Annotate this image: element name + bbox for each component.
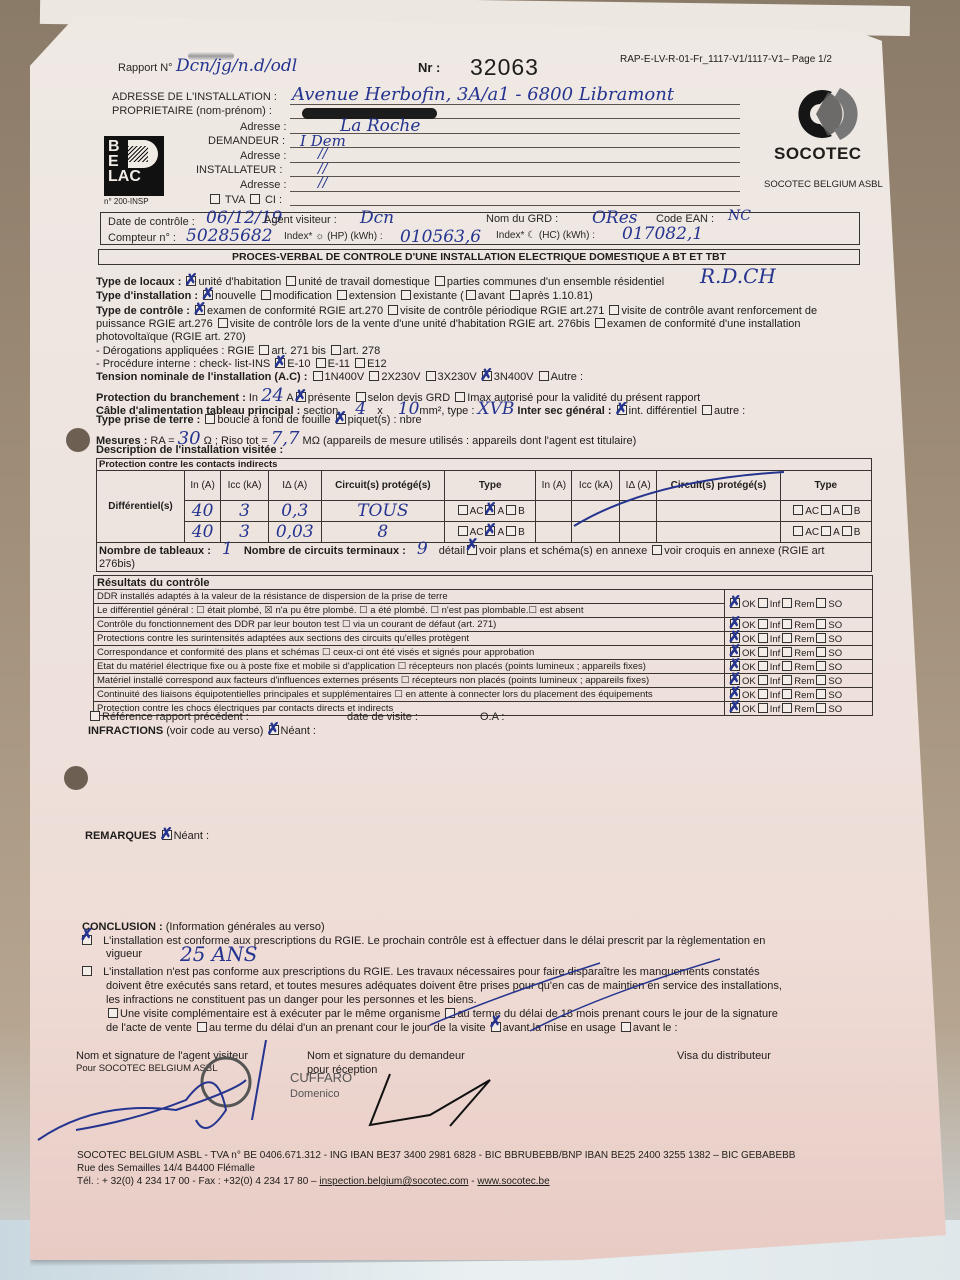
field-label-installateur: INSTALLATEUR : [196, 164, 282, 176]
type-installation-row: Type d'installation : nouvelle modificat… [96, 290, 593, 302]
checkbox-autre-tension[interactable] [539, 371, 549, 381]
rapport-label: Rapport N° [118, 62, 173, 74]
report-number: 32063 [470, 54, 539, 81]
index-hc-label: Index* ☾ (HC) (kWh) : [496, 230, 595, 241]
conclusion-heading: CONCLUSION : (Information générales au v… [82, 921, 325, 933]
infractions-row: INFRACTIONS (voir code au verso) Néant : [88, 725, 316, 737]
checkbox-avant[interactable] [466, 290, 476, 300]
checkbox-modification[interactable] [261, 290, 271, 300]
belac-number: n° 200-INSP [104, 197, 149, 206]
punch-hole-bottom [64, 766, 88, 790]
checkbox-art-271bis[interactable] [259, 345, 269, 355]
checkbox-extension[interactable] [337, 290, 347, 300]
checkbox-3x230v[interactable] [426, 371, 436, 381]
checkbox-1n400v[interactable] [313, 371, 323, 381]
email-link[interactable]: inspection.belgium@socotec.com [319, 1176, 468, 1187]
checkbox-e11[interactable] [316, 358, 326, 368]
checkbox-remarques-neant[interactable] [162, 830, 172, 840]
derogations-row: - Dérogations appliquées : RGIE art. 271… [96, 345, 380, 357]
checkbox-art-278[interactable] [331, 345, 341, 355]
index-hp-value: 010563,6 [400, 227, 481, 247]
grd-label: Nom du GRD : [486, 213, 558, 225]
form-code: RAP-E-LV-R-01-Fr_1117-V1/1117-V1– Page 1… [620, 54, 832, 65]
socotec-brand: SOCOTEC [774, 144, 862, 164]
belac-logo: B E LAC [104, 136, 164, 196]
checkbox-piquets[interactable] [336, 414, 346, 424]
field-label-proprietaire: PROPRIETAIRE (nom-prénom) : [112, 105, 272, 117]
checkbox-apres[interactable] [510, 290, 520, 300]
rapport-value: Dcn/jg/n.d/odl [176, 56, 297, 76]
remarques-row: REMARQUES Néant : [85, 830, 209, 842]
footer-address: Rue des Semailles 14/4 B4400 Flémalle [77, 1163, 255, 1174]
checkbox-existante[interactable] [401, 290, 411, 300]
field-label-adresse-installateur: Adresse : [240, 179, 286, 191]
distributeur-visa-label: Visa du distributeur [677, 1050, 771, 1062]
next-control-delay: 25 ANS [180, 942, 257, 966]
checkbox-examen-conformite[interactable] [195, 305, 205, 315]
ean-value: NC [728, 208, 751, 224]
results-table: Résultats du contrôle DDR installés adap… [93, 575, 873, 716]
footer-company-line: SOCOTEC BELGIUM ASBL - TVA n° BE 0406.67… [77, 1150, 795, 1161]
compteur-label: Compteur n° : [108, 232, 176, 244]
website-link[interactable]: www.socotec.be [477, 1176, 549, 1187]
checkbox-photovoltaique[interactable] [595, 318, 605, 328]
cross-out-stroke [570, 470, 790, 530]
checkbox-unite-travail[interactable] [286, 276, 296, 286]
type-controle-row-3: photovoltaïque (RGIE art. 270) [96, 331, 246, 343]
checkbox-vente[interactable] [218, 318, 228, 328]
locaux-note: R.D.CH [700, 264, 776, 288]
checkbox-boucle[interactable] [205, 414, 215, 424]
field-label-adresse: Adresse : [240, 121, 286, 133]
tension-row: Tension nominale de l'installation (A.C)… [96, 371, 583, 383]
checkbox-2x230v[interactable] [369, 371, 379, 381]
owner-address: La Roche [340, 116, 420, 136]
date-label: Date de contrôle : [108, 216, 195, 228]
type-locaux-row: Type de locaux : unité d'habitation unit… [96, 276, 664, 288]
checkbox-non-conforme[interactable] [82, 966, 92, 976]
field-label-adresse-installation: ADRESSE DE L'INSTALLATION : [112, 91, 277, 103]
footer-contact: Tél. : + 32(0) 4 234 17 00 - Fax : +32(0… [77, 1176, 550, 1187]
socotec-subtitle: SOCOTEC BELGIUM ASBL [764, 179, 883, 190]
checkbox-int-differentiel[interactable] [617, 405, 627, 415]
checkbox-infractions-neant[interactable] [269, 725, 279, 735]
checkbox-unite-habitation[interactable] [186, 276, 196, 286]
checkbox-visite-periodique[interactable] [388, 305, 398, 315]
tva-checkbox[interactable] [210, 194, 220, 204]
index-hp-label: Index* ☼ (HP) (kWh) : [284, 231, 383, 242]
checkbox-e12[interactable] [355, 358, 365, 368]
nr-label: Nr : [418, 60, 440, 75]
field-label-demandeur: DEMANDEUR : [208, 135, 285, 147]
date-visite-label: date de visite : [347, 711, 418, 723]
agent-value: Dcn [360, 208, 394, 228]
conclusion-strike-lines [300, 955, 720, 1035]
socotec-logo-icon [782, 84, 862, 144]
tva-ci-row: TVA CI : [208, 194, 282, 206]
checkbox-plans[interactable] [467, 545, 477, 555]
ci-checkbox[interactable] [250, 194, 260, 204]
agent-signature-icon [36, 1040, 296, 1150]
reference-row: Référence rapport précédent : [88, 711, 249, 723]
stamp-name: CUFFARO [290, 1070, 352, 1085]
punch-hole-top [66, 428, 90, 452]
demandeur-signature-label: Nom et signature du demandeur [307, 1050, 465, 1062]
installation-address: Avenue Herbofin, 3A/a1 - 6800 Libramont [292, 84, 674, 105]
compteur-value: 50285682 [186, 226, 273, 246]
index-hc-value: 017082,1 [622, 224, 703, 244]
type-controle-row-2: puissance RGIE art.276 visite de contrôl… [96, 318, 801, 330]
document-title: PROCES-VERBAL DE CONTROLE D'UNE INSTALLA… [98, 249, 860, 265]
demandeur-signature-icon [360, 1070, 500, 1130]
checkbox-conforme[interactable] [82, 935, 92, 945]
oa-label: O.A : [480, 711, 504, 723]
checkbox-reference[interactable] [90, 711, 100, 721]
checkbox-renforcement[interactable] [609, 305, 619, 315]
agent-label: Agent visiteur : [264, 214, 337, 226]
type-controle-row-1: Type de contrôle : examen de conformité … [96, 305, 817, 317]
checkbox-croquis[interactable] [652, 545, 662, 555]
description-label: Description de l'installation visitée : [96, 444, 283, 456]
checkbox-e10[interactable] [275, 358, 285, 368]
installateur-address: // [318, 175, 327, 191]
field-label-adresse-demandeur: Adresse : [240, 150, 286, 162]
checkbox-3n400v[interactable] [482, 371, 492, 381]
demandeur-address: // [318, 146, 327, 162]
checkbox-autre-inter[interactable] [702, 405, 712, 415]
checkbox-parties-communes[interactable] [435, 276, 445, 286]
stamp-firstname: Domenico [290, 1088, 340, 1100]
prise-terre-row: Type prise de terre : boucle à fond de f… [96, 414, 422, 426]
procedure-row: - Procédure interne : check- list-INS E-… [96, 358, 387, 370]
